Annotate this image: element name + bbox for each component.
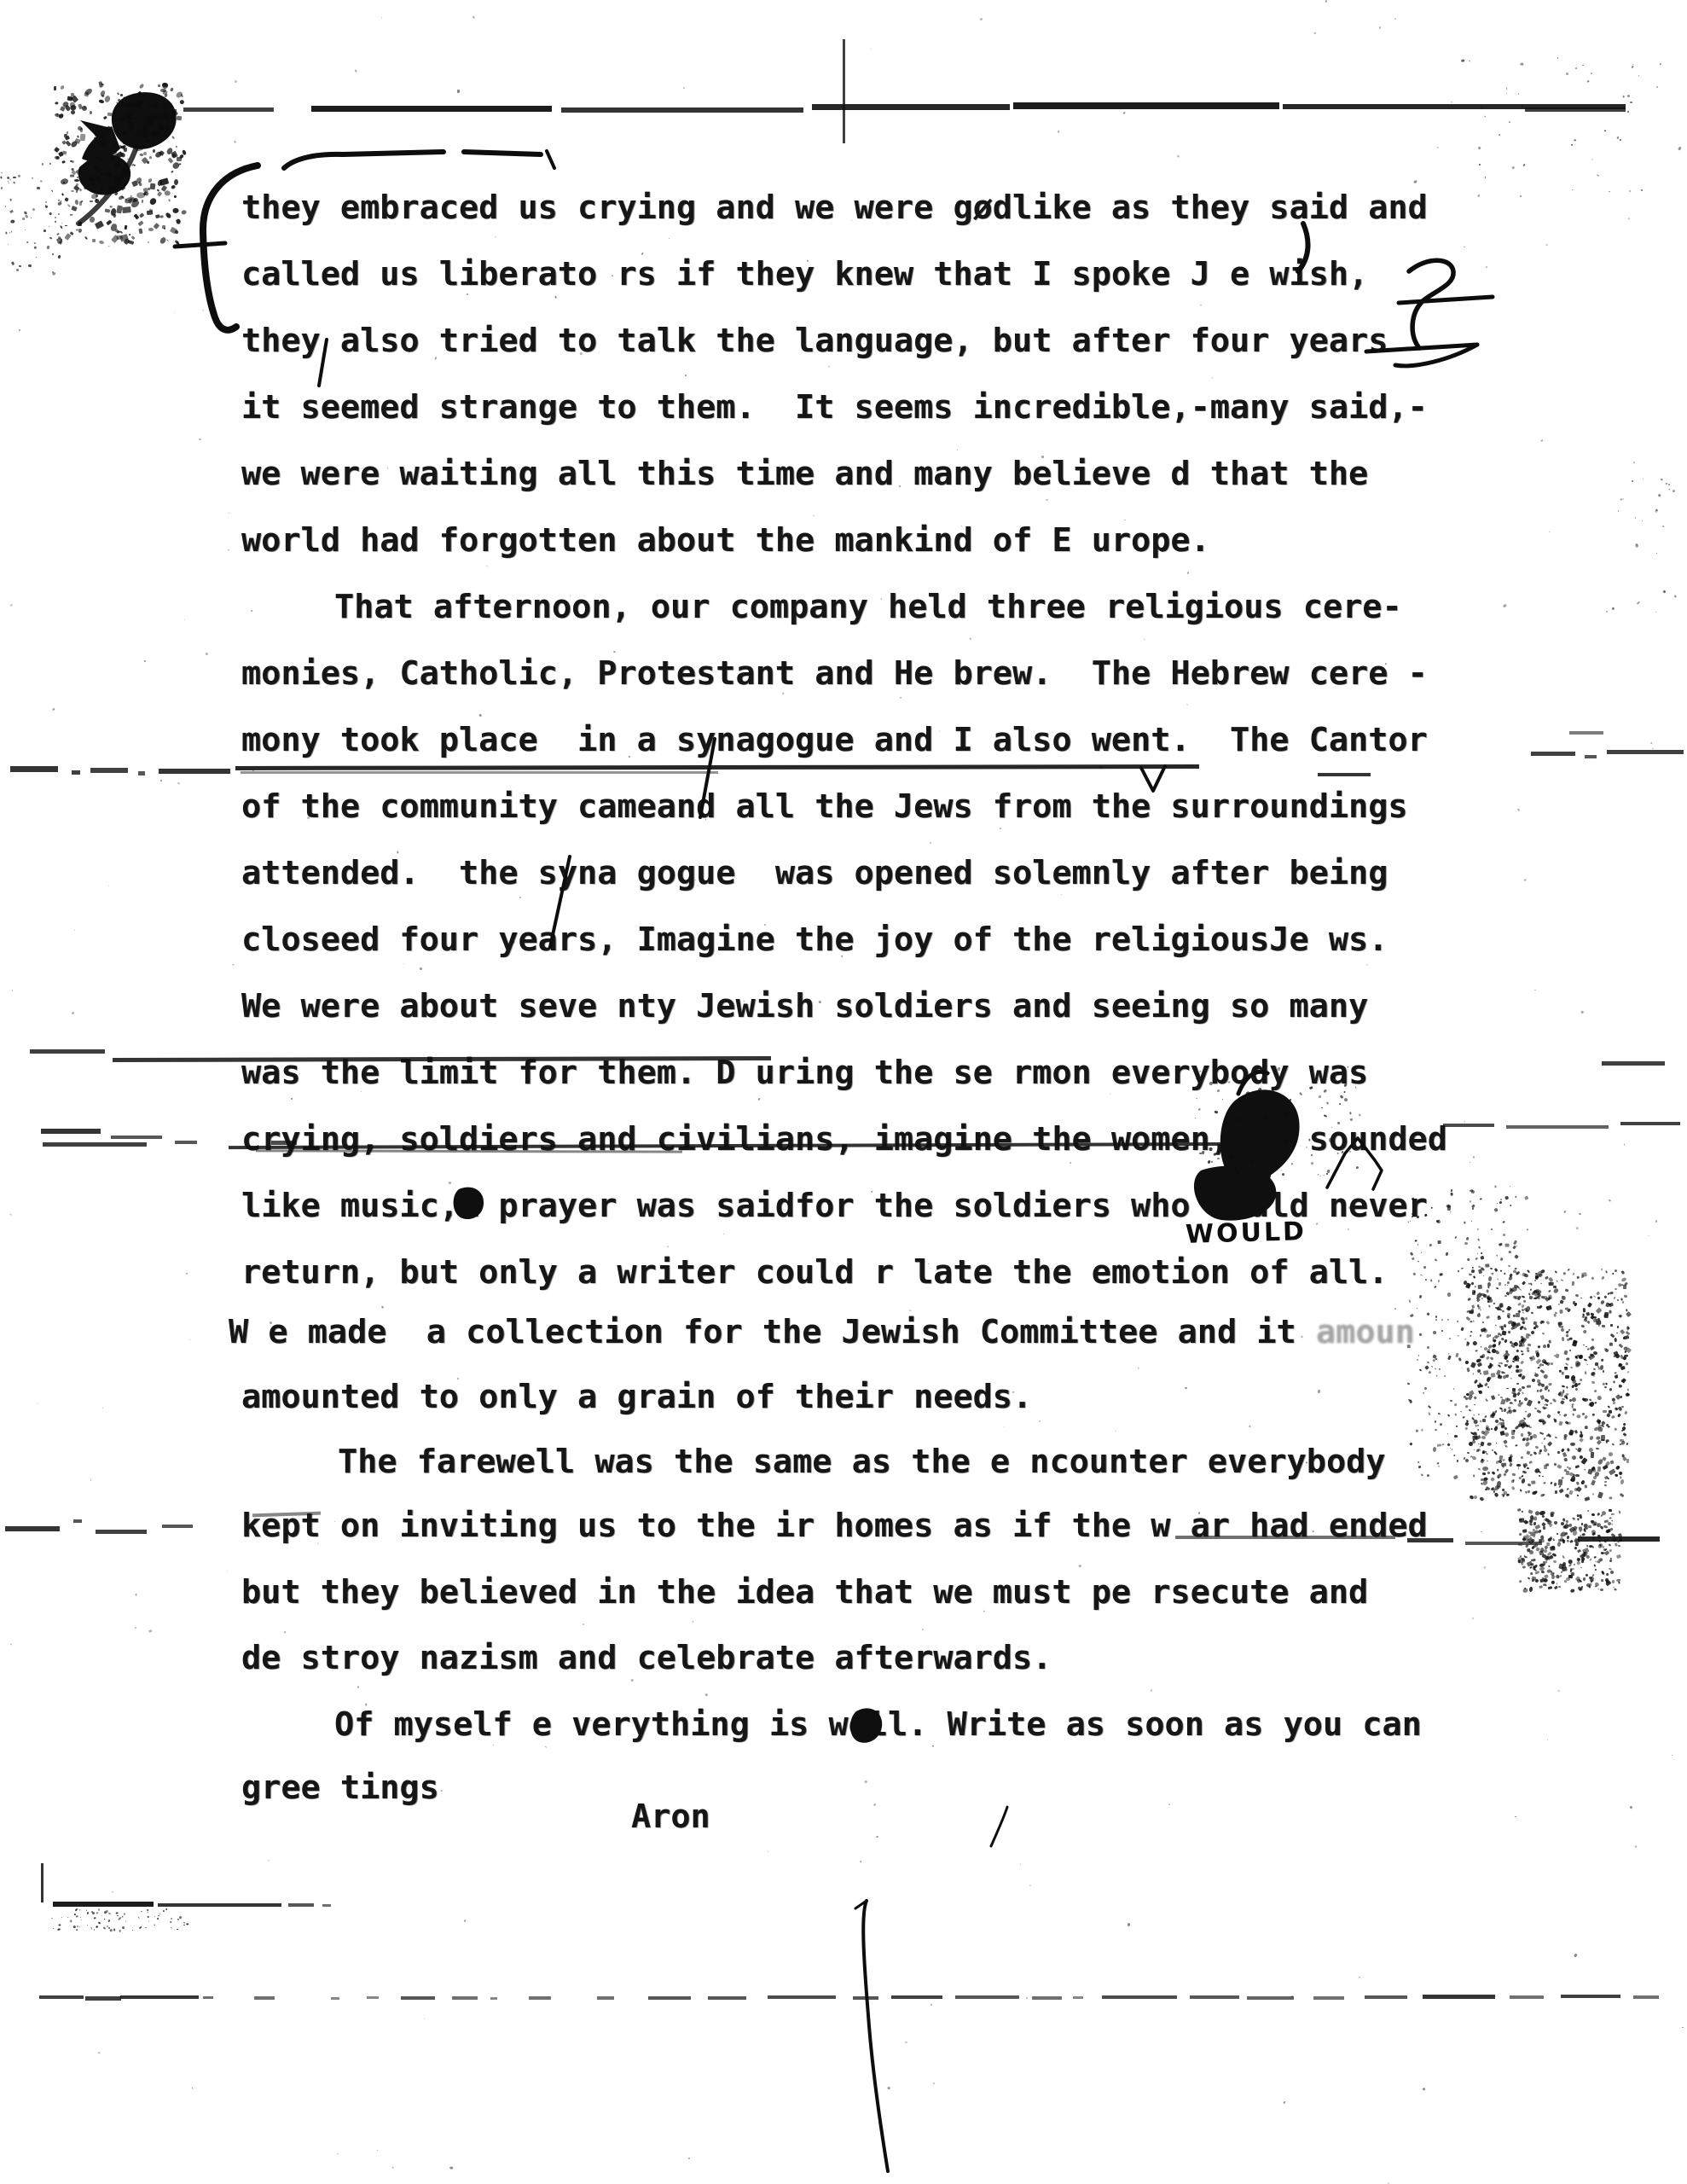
speckle-dot <box>1522 1438 1525 1442</box>
speckle-dot <box>1609 1570 1614 1574</box>
speckle-dot <box>1618 1384 1622 1387</box>
speckle-dot <box>81 1920 83 1921</box>
speckle-dot <box>88 162 90 165</box>
speckle-dot <box>1601 1435 1605 1441</box>
speckle-dot <box>1537 1367 1539 1369</box>
speckle-dot <box>148 1916 149 1918</box>
speckle-dot <box>1604 1386 1607 1388</box>
speckle-dot <box>1069 1162 1071 1165</box>
speckle-dot <box>1627 95 1631 97</box>
speckle-dot <box>1499 1419 1502 1421</box>
speckle-dot <box>1503 1491 1507 1496</box>
speckle-dot <box>1502 1338 1504 1341</box>
speckle-dot <box>1579 1455 1583 1460</box>
speckle-dot <box>1620 1476 1622 1478</box>
speckle-dot <box>251 610 253 613</box>
speckle-dot <box>96 176 101 179</box>
speckle-dot <box>143 188 148 194</box>
speckle-dot <box>1493 1268 1498 1272</box>
pen-mark <box>331 1997 339 2000</box>
speckle-dot <box>142 200 144 203</box>
speckle-dot <box>1588 1402 1592 1406</box>
speckle-dot <box>1388 2181 1389 2183</box>
speckle-dot <box>685 375 687 376</box>
speckle-dot <box>1619 1493 1624 1498</box>
speckle-dot <box>52 271 54 273</box>
speckle-dot <box>1517 1302 1522 1306</box>
pen-mark <box>768 1995 836 1999</box>
speckle-dot <box>159 150 165 156</box>
speckle-dot <box>56 237 63 243</box>
speckle-dot <box>1481 1354 1486 1359</box>
speckle-dot <box>1615 1332 1618 1333</box>
speckle-dot <box>1599 1544 1602 1547</box>
speckle-dot <box>78 222 82 226</box>
speckle-dot <box>1516 1313 1520 1317</box>
speckle-dot <box>1517 1422 1523 1428</box>
speckle-dot <box>78 229 82 233</box>
speckle-dot <box>1527 1343 1531 1346</box>
speckle-dot <box>1582 1548 1589 1554</box>
speckle-dot <box>864 1780 867 1783</box>
speckle-dot <box>1588 1353 1595 1360</box>
speckle-dot <box>1423 1391 1425 1394</box>
speckle-dot <box>1515 1268 1517 1270</box>
speckle-dot <box>1236 1163 1239 1166</box>
speckle-dot <box>1438 1413 1441 1415</box>
speckle-dot <box>59 241 62 244</box>
speckle-dot <box>1516 1271 1521 1276</box>
speckle-dot <box>1621 1406 1624 1409</box>
speckle-dot <box>84 184 89 189</box>
speckle-dot <box>1060 894 1062 895</box>
speckle-dot <box>1507 1281 1510 1285</box>
speckle-dot <box>127 159 129 160</box>
speckle-dot <box>1522 1353 1525 1356</box>
overline-end-tick <box>547 151 554 168</box>
speckle-dot <box>1489 1356 1493 1361</box>
speckle-dot <box>171 1926 172 1928</box>
speckle-dot <box>1548 1586 1552 1589</box>
speckle-dot <box>1567 1338 1571 1342</box>
pen-mark <box>1175 1536 1395 1539</box>
speckle-dot <box>108 886 109 887</box>
noise-bottom-left <box>51 1908 188 1930</box>
speckle-dot <box>1553 1520 1558 1525</box>
speckle-dot <box>100 129 103 132</box>
speckle-dot <box>117 235 123 240</box>
speckle-dot <box>1608 1568 1611 1571</box>
speckle-dot <box>134 213 140 219</box>
speckle-dot <box>1482 1419 1486 1422</box>
pen-mark <box>1443 1124 1494 1127</box>
speckle-dot <box>137 90 142 95</box>
speckle-dot <box>148 103 151 107</box>
speckle-dot <box>1447 1355 1452 1360</box>
speckle-dot <box>124 225 127 229</box>
speckle-dot <box>1577 1354 1580 1356</box>
speckle-dot <box>93 165 99 171</box>
speckle-dot <box>1520 1489 1522 1491</box>
speckle-dot <box>1604 1481 1607 1483</box>
speckle-dot <box>1417 1244 1419 1246</box>
speckle-dot <box>1509 1287 1512 1291</box>
speckle-dot <box>1487 1378 1491 1383</box>
speckle-dot <box>1481 1298 1483 1299</box>
speckle-dot <box>1541 1493 1545 1496</box>
speckle-dot <box>1533 1289 1537 1293</box>
speckle-dot <box>1609 1549 1613 1553</box>
speckle-dot <box>1584 1319 1587 1322</box>
speckle-dot <box>1588 1585 1591 1589</box>
speckle-dot <box>1484 1398 1487 1402</box>
speckle-dot <box>1539 1475 1541 1478</box>
speckle-dot <box>1540 1369 1545 1374</box>
speckle-dot <box>1652 747 1654 749</box>
speckle-dot <box>1530 1436 1533 1439</box>
speckle-dot <box>1605 1580 1611 1586</box>
speckle-dot <box>49 212 52 214</box>
speckle-dot <box>116 151 125 159</box>
speckle-dot <box>1421 1473 1423 1476</box>
speckle-dot <box>1583 1398 1588 1402</box>
speckle-dot <box>1481 1435 1487 1439</box>
pen-mark <box>73 1519 82 1523</box>
speckle-dot <box>1449 1448 1451 1449</box>
speckle-dot <box>1541 1522 1546 1527</box>
speckle-dot <box>26 241 28 244</box>
speckle-dot <box>47 246 50 250</box>
speckle-dot <box>1429 1412 1431 1415</box>
speckle-dot <box>1551 1575 1555 1580</box>
speckle-dot <box>1586 1554 1591 1559</box>
speckle-dot <box>1518 1476 1522 1479</box>
speckle-dot <box>1574 1383 1578 1387</box>
speckle-dot <box>1562 1295 1566 1300</box>
speckle-dot <box>1528 1577 1531 1579</box>
speckle-dot <box>1547 1551 1552 1556</box>
speckle-dot <box>1616 1374 1619 1376</box>
speckle-dot <box>1597 1318 1600 1321</box>
speckle-dot <box>98 133 104 138</box>
speckle-dot <box>1612 607 1615 610</box>
speckle-dot <box>1520 1327 1523 1331</box>
speckle-dot <box>1626 1327 1629 1330</box>
speckle-dot <box>1586 1573 1589 1577</box>
speckle-dot <box>1591 1452 1595 1458</box>
speckle-dot <box>1465 1237 1470 1241</box>
typed-line-3: they also tried to talk the language, bu… <box>241 321 1388 362</box>
speckle-dot <box>1536 1389 1539 1391</box>
speckle-dot <box>54 147 60 153</box>
speckle-dot <box>1577 1579 1582 1583</box>
speckle-dot <box>1642 520 1643 521</box>
speckle-dot <box>97 167 100 171</box>
speckle-dot <box>1536 1352 1539 1357</box>
speckle-dot <box>1476 1298 1481 1303</box>
speckle-dot <box>1559 1299 1563 1304</box>
speckle-dot <box>1510 1455 1512 1458</box>
speckle-dot <box>119 1917 122 1920</box>
speckle-dot <box>1589 1401 1594 1407</box>
speckle-dot <box>1597 1296 1601 1299</box>
speckle-dot <box>65 136 70 140</box>
speckle-dot <box>1558 1392 1562 1397</box>
speckle-dot <box>1483 1371 1489 1376</box>
speckle-dot <box>1539 1388 1543 1392</box>
speckle-dot <box>1427 1346 1429 1350</box>
speckle-dot <box>1522 1311 1523 1313</box>
speckle-dot <box>1655 612 1656 613</box>
speckle-dot <box>1533 1298 1538 1300</box>
speckle-dot <box>1553 1560 1557 1564</box>
speckle-dot <box>234 141 235 143</box>
speckle-dot <box>1539 1451 1542 1455</box>
speckle-dot <box>130 115 133 118</box>
speckle-dot <box>1602 1456 1607 1461</box>
speckle-dot <box>1421 1252 1422 1253</box>
speckle-dot <box>1568 1467 1571 1470</box>
speckle-dot <box>1529 1514 1533 1519</box>
speckle-dot <box>1562 1524 1569 1530</box>
speckle-dot <box>1533 1321 1538 1325</box>
speckle-dot <box>1520 1401 1523 1404</box>
speckle-dot <box>1615 1542 1618 1546</box>
speckle-dot <box>1446 1443 1451 1447</box>
speckle-dot <box>8 181 9 183</box>
speckle-dot <box>1655 508 1658 511</box>
speckle-dot <box>1482 1321 1485 1324</box>
speckle-dot <box>377 2150 379 2152</box>
speckle-dot <box>1593 1317 1598 1322</box>
pen-mark <box>853 1996 878 2000</box>
speckle-dot <box>1505 88 1507 90</box>
speckle-dot <box>115 154 119 157</box>
speckle-dot <box>1605 1270 1608 1274</box>
speckle-dot <box>1583 1527 1587 1531</box>
speckle-dot <box>167 157 173 163</box>
speckle-dot <box>114 1929 116 1931</box>
speckle-dot <box>1473 1321 1474 1322</box>
speckle-dot <box>667 1246 670 1248</box>
speckle-dot <box>1582 1397 1586 1402</box>
speckle-dot <box>1510 1462 1513 1467</box>
speckle-dot <box>1484 1414 1487 1417</box>
speckle-dot <box>1571 1475 1575 1481</box>
speckle-dot <box>1515 1368 1518 1373</box>
speckle-dot <box>1499 1374 1501 1377</box>
speckle-dot <box>1558 1391 1564 1397</box>
speckle-dot <box>1581 1272 1587 1277</box>
speckle-dot <box>1624 1143 1626 1146</box>
speckle-dot <box>1486 1289 1489 1292</box>
speckle-dot <box>1514 1342 1519 1347</box>
speckle-dot <box>78 189 82 192</box>
speckle-dot <box>123 147 127 152</box>
speckle-dot <box>144 660 146 662</box>
speckle-dot <box>1611 1513 1614 1515</box>
speckle-dot <box>1464 1421 1469 1426</box>
speckle-dot <box>1531 1291 1535 1295</box>
speckle-dot <box>1596 1319 1598 1321</box>
speckle-dot <box>1615 1394 1621 1400</box>
speckle-dot <box>1532 1579 1534 1582</box>
speckle-dot <box>1471 1308 1475 1311</box>
speckle-dot <box>768 1851 769 1852</box>
speckle-dot <box>1517 1374 1522 1378</box>
speckle-dot <box>1481 1252 1483 1254</box>
speckle-dot <box>1623 1432 1627 1437</box>
speckle-dot <box>1516 1322 1521 1327</box>
speckle-dot <box>113 214 117 218</box>
speckle-dot <box>1528 1334 1531 1337</box>
speckle-dot <box>1453 1403 1457 1407</box>
speckle-dot <box>1509 1273 1513 1277</box>
speckle-dot <box>1516 1246 1518 1247</box>
speckle-dot <box>1622 1345 1627 1350</box>
speckle-dot <box>1493 1339 1496 1342</box>
speckle-dot <box>1597 1395 1602 1400</box>
speckle-dot <box>1508 1319 1514 1324</box>
speckle-dot <box>1526 1333 1530 1339</box>
speckle-dot <box>1558 1324 1562 1328</box>
speckle-dot <box>1601 1359 1603 1362</box>
speckle-dot <box>1597 1467 1601 1472</box>
corner-ink-blob-2 <box>82 126 120 161</box>
speckle-dot <box>1509 1459 1512 1462</box>
speckle-dot <box>1470 1282 1474 1286</box>
speckle-dot <box>1527 1346 1530 1350</box>
speckle-dot <box>1563 1211 1566 1213</box>
speckle-dot <box>1539 1566 1545 1571</box>
speckle-dot <box>61 160 66 164</box>
speckle-dot <box>1450 1211 1451 1212</box>
speckle-dot <box>1579 1438 1584 1443</box>
speckle-dot <box>113 144 116 148</box>
speckle-dot <box>116 102 118 104</box>
speckle-dot <box>1605 1383 1609 1386</box>
speckle-dot <box>1626 1347 1632 1353</box>
speckle-dot <box>1605 1548 1609 1550</box>
speckle-dot <box>1618 1544 1620 1547</box>
speckle-dot <box>8 183 10 185</box>
speckle-dot <box>1490 1364 1493 1367</box>
speckle-dot <box>1568 1448 1571 1452</box>
speckle-dot <box>1497 1306 1500 1310</box>
speckle-dot <box>1417 1461 1420 1463</box>
speckle-dot <box>165 212 172 218</box>
speckle-dot <box>1570 1569 1573 1572</box>
speckle-dot <box>1580 1275 1584 1278</box>
speckle-dot <box>154 1916 155 1917</box>
speckle-dot <box>1506 1364 1508 1366</box>
speckle-dot <box>1620 1396 1622 1398</box>
speckle-dot <box>1609 191 1610 192</box>
speckle-dot <box>1493 1303 1496 1304</box>
speckle-dot <box>65 105 71 112</box>
speckle-dot <box>1655 1220 1657 1223</box>
speckle-dot <box>1674 595 1677 597</box>
scribble-after-wish-strike1 <box>1399 297 1493 303</box>
speckle-dot <box>24 229 26 231</box>
speckle-dot <box>135 177 142 184</box>
speckle-dot <box>1480 1356 1483 1359</box>
speckle-dot <box>183 1925 185 1926</box>
speckle-dot <box>1543 1345 1546 1349</box>
pen-mark <box>1531 752 1575 756</box>
speckle-dot <box>1605 610 1608 613</box>
speckle-dot <box>1540 1395 1545 1400</box>
speckle-dot <box>148 228 154 231</box>
speckle-dot <box>1616 1299 1619 1301</box>
speckle-dot <box>1428 1405 1431 1409</box>
speckle-dot <box>1567 1467 1569 1469</box>
pen-mark <box>311 106 552 112</box>
speckle-dot <box>1471 1439 1476 1444</box>
speckle-dot <box>1317 1174 1319 1176</box>
speckle-dot <box>1475 1257 1478 1260</box>
pen-mark <box>175 1141 197 1144</box>
speckle-dot <box>113 175 120 183</box>
speckle-dot <box>116 145 122 150</box>
speckle-dot <box>38 1403 38 1405</box>
speckle-dot <box>1523 1417 1527 1420</box>
speckle-dot <box>1471 1269 1475 1274</box>
speckle-dot <box>1586 1312 1590 1316</box>
speckle-dot <box>1549 1281 1554 1285</box>
speckle-dot <box>1604 1295 1608 1298</box>
speckle-dot <box>1578 1448 1582 1453</box>
speckle-dot <box>1570 1367 1573 1369</box>
speckle-dot <box>91 1928 93 1930</box>
speckle-dot <box>1571 1571 1574 1575</box>
speckle-dot <box>1606 1531 1609 1533</box>
speckle-dot <box>1574 1356 1578 1360</box>
typed-line-10: of the community cameand all the Jews fr… <box>241 787 1408 828</box>
speckle-dot <box>1545 1298 1550 1303</box>
speckle-dot <box>1538 1529 1542 1533</box>
speckle-dot <box>154 1924 156 1926</box>
speckle-dot <box>1581 1557 1585 1561</box>
speckle-dot <box>1211 377 1213 379</box>
speckle-dot <box>1324 1115 1327 1118</box>
speckle-dot <box>1497 1477 1499 1480</box>
speckle-dot <box>148 118 154 124</box>
speckle-dot <box>1587 1302 1592 1307</box>
speckle-dot <box>1537 1306 1541 1309</box>
speckle-dot <box>1596 1448 1599 1450</box>
speckle-dot <box>1461 1268 1463 1270</box>
speckle-dot <box>137 221 143 227</box>
speckle-dot <box>1574 1448 1577 1450</box>
speckle-dot <box>1533 1289 1539 1293</box>
speckle-dot <box>1566 1495 1569 1499</box>
speckle-dot <box>1484 1450 1487 1453</box>
speckle-dot <box>1553 1287 1560 1293</box>
speckle-dot <box>1419 1333 1423 1337</box>
speckle-dot <box>1598 1426 1603 1432</box>
speckle-dot <box>109 206 112 208</box>
speckle-dot <box>79 128 83 132</box>
speckle-dot <box>1529 1536 1531 1537</box>
speckle-dot <box>1516 1383 1519 1385</box>
pen-mark <box>1318 773 1371 776</box>
speckle-dot <box>1473 1275 1475 1279</box>
speckle-dot <box>1503 1234 1505 1236</box>
pen-mark <box>1423 1995 1495 1999</box>
speckle-dot <box>1626 1325 1631 1329</box>
typed-line-21-struck: kept on inviting us to the ir homes as i… <box>241 1506 1428 1547</box>
